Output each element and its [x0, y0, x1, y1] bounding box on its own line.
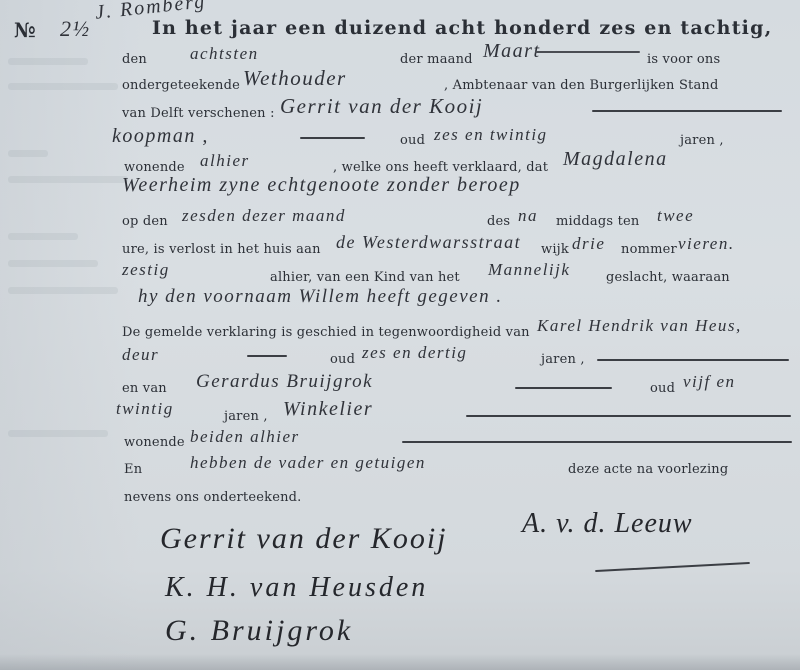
signature-father: Gerrit van der Kooij [160, 522, 448, 556]
hw-mother-first-name: Magdalena [563, 148, 668, 171]
hw-witness1-age: zes en dertig [362, 343, 467, 363]
printed-is-voor-ons: is voor ons [647, 52, 720, 67]
hw-declarant-age: zes en twintig [434, 125, 548, 145]
printed-op-den: op den [122, 214, 168, 229]
fill-rule [535, 51, 640, 53]
hw-house-number-cont: zestig [122, 260, 170, 280]
printed-voorlezing: deze acte na voorlezing [568, 462, 728, 477]
printed-verklaring: De gemelde verklaring is geschied in teg… [122, 325, 530, 340]
hw-declarant-name: Gerrit van der Kooij [280, 94, 483, 119]
printed-den: den [122, 52, 147, 67]
hw-witness1-name: Karel Hendrik van Heus, [537, 316, 742, 336]
fill-rule [402, 441, 792, 443]
hw-witness2-age: vijf en [683, 372, 736, 392]
printed-wonende-2: wonende [124, 435, 185, 450]
printed-verlost: ure, is verlost in het huis aan [122, 242, 321, 257]
record-number-label: № [14, 18, 36, 42]
hw-day: achtsten [190, 44, 259, 64]
hw-witness2-name: Gerardus Bruijgrok [196, 371, 373, 393]
printed-jaren-2: jaren , [541, 352, 585, 367]
printed-ambtenaar: , Ambtenaar van den Burgerlijken Stand [444, 78, 719, 93]
hw-na: na [518, 206, 538, 226]
hw-witness2-occupation: Winkelier [283, 398, 373, 421]
printed-geslacht: geslacht, waaraan [606, 270, 730, 285]
hw-occupation: koopman , [112, 125, 209, 148]
signature-witness1: K. H. van Heusden [165, 572, 428, 604]
page-edge-shadow [0, 654, 800, 670]
printed-onderteekend: nevens ons onderteekend. [124, 490, 302, 505]
hw-ward: drie [572, 234, 605, 254]
printed-des: des [487, 214, 510, 229]
printed-middags-ten: middags ten [556, 214, 640, 229]
printed-der-maand: der maand [400, 52, 473, 67]
printed-jaren-3: jaren , [224, 409, 268, 424]
printed-en-van: en van [122, 381, 167, 396]
hw-witness2-age-cont: twintig [116, 399, 174, 419]
printed-oud-3: oud [650, 381, 675, 396]
hw-child-name: hy den voornaam Willem heeft gegeven . [138, 286, 503, 308]
hw-mother-details: Weerheim zyne echtgenoote zonder beroep [122, 174, 521, 197]
printed-oud: oud [400, 133, 425, 148]
printed-verklaard: , welke ons heeft verklaard, dat [333, 160, 548, 175]
fill-rule [515, 387, 612, 389]
fill-rule [592, 110, 782, 112]
printed-wonende: wonende [124, 160, 185, 175]
fill-rule [597, 359, 789, 361]
fill-rule [466, 415, 791, 417]
fill-rule [300, 137, 365, 139]
printed-oud-2: oud [330, 352, 355, 367]
fill-rule [247, 355, 287, 357]
hw-street: de Westerdwarsstraat [336, 232, 521, 253]
hw-birth-day: zesden dezer maand [182, 206, 346, 226]
printed-nommer: nommer [621, 242, 677, 257]
hw-official-title: Wethouder [243, 66, 347, 91]
printed-jaren: jaren , [680, 133, 724, 148]
printed-wijk: wijk [541, 242, 569, 257]
hw-witness1-occupation: deur [122, 345, 159, 365]
hw-gender: Mannelijk [488, 260, 570, 280]
printed-kind-van-het: alhier, van een Kind van het [270, 270, 460, 285]
signature-underline [595, 562, 750, 572]
hw-signers: hebben de vader en getuigen [190, 453, 426, 473]
hw-month: Maart [483, 40, 541, 63]
printed-en: En [124, 462, 142, 477]
title-line: In het jaar een duizend acht honderd zes… [152, 17, 772, 39]
birth-certificate-page: J. Romberg № 2½ In het jaar een duizend … [0, 0, 800, 670]
signature-witness2: G. Bruijgrok [165, 614, 353, 648]
printed-verschenen: van Delft verschenen : [122, 106, 275, 121]
hw-residence: alhier [200, 151, 250, 171]
hw-birth-hour: twee [657, 206, 694, 226]
signature-official: A. v. d. Leeuw [522, 508, 693, 540]
hw-house-number: vieren. [678, 234, 735, 254]
hw-witness-residence: beiden alhier [190, 427, 300, 447]
record-number-value: 2½ [60, 16, 91, 42]
printed-ondergeteekende: ondergeteekende [122, 78, 240, 93]
